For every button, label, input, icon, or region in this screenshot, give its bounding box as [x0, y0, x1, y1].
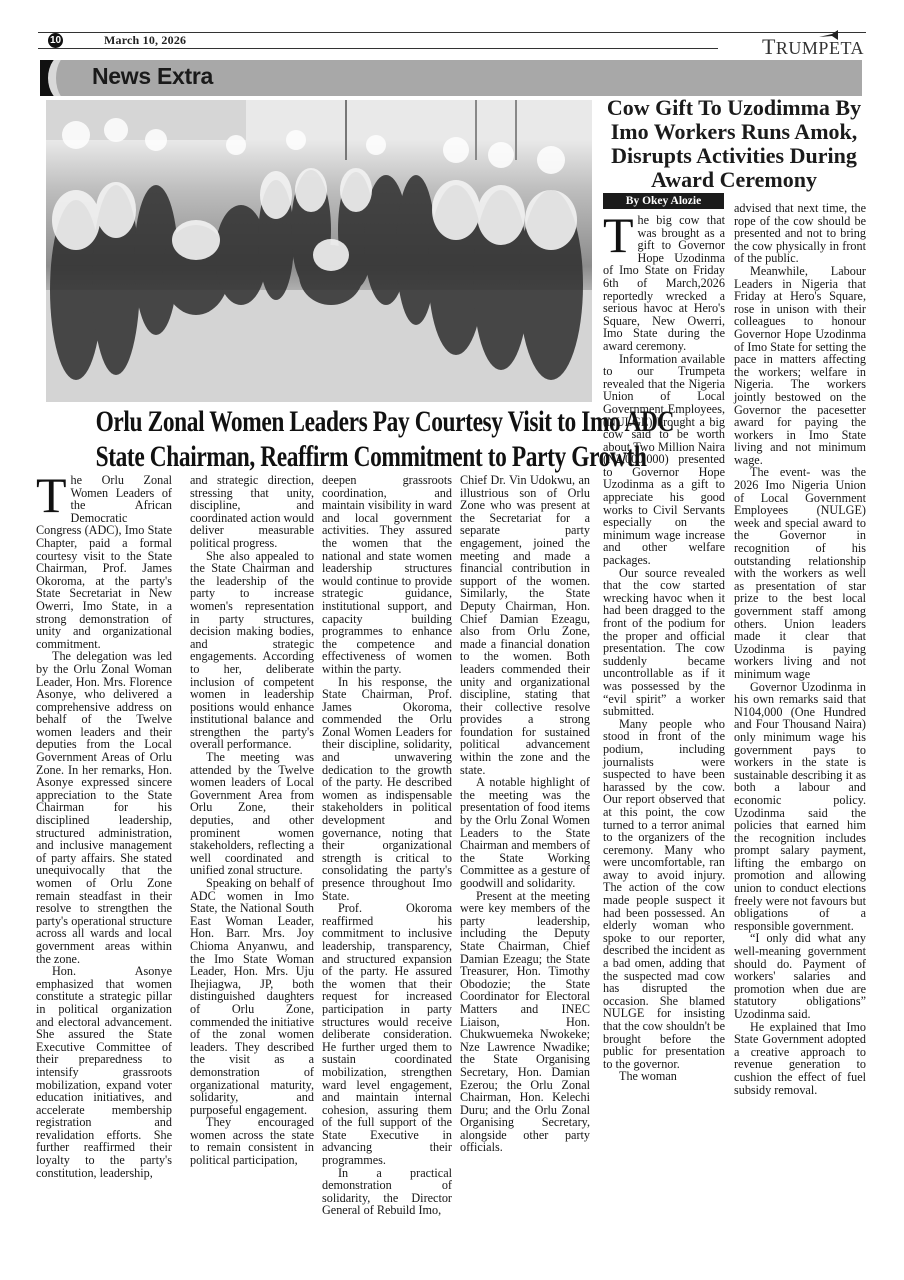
- paragraph: In a practical demonstration of solidari…: [322, 1167, 452, 1217]
- photo-icon: [46, 100, 592, 402]
- headline-line-1: Orlu Zonal Women Leaders Pay Courtesy Vi…: [96, 404, 533, 439]
- paragraph: Information available to our Trumpeta re…: [603, 353, 725, 567]
- drop-cap: T: [603, 215, 634, 255]
- article-photo: [46, 100, 592, 402]
- paragraph: A notable highlight of the meeting was t…: [460, 776, 590, 889]
- paragraph: The woman: [603, 1070, 725, 1083]
- paragraph: The delegation was led by the Orlu Zonal…: [36, 650, 172, 965]
- right-article-headline: Cow Gift To Uzodimma By Imo Workers Runs…: [598, 96, 870, 192]
- left-article-column-1: T he Orlu Zonal Women Leaders of the Afr…: [36, 474, 172, 1179]
- trumpet-icon: [818, 30, 840, 40]
- paragraph: They encouraged women across the state t…: [190, 1116, 314, 1166]
- publication-logo: TRUMPETA: [762, 34, 864, 60]
- paragraph: He explained that Imo State Government a…: [734, 1021, 866, 1097]
- paragraph: Many people who stood in front of the po…: [603, 718, 725, 1071]
- left-article-headline: Orlu Zonal Women Leaders Pay Courtesy Vi…: [96, 404, 533, 474]
- logo-initial: T: [762, 34, 776, 59]
- left-article-column-3: deepen grassroots coordination, and main…: [322, 474, 452, 1217]
- left-article-column-2: and strategic direction, stressing that …: [190, 474, 314, 1167]
- paragraph: and strategic direction, stressing that …: [190, 474, 314, 550]
- drop-cap: T: [36, 475, 67, 515]
- left-article-column-4: Chief Dr. Vin Udokwu, an illustrious son…: [460, 474, 590, 1154]
- section-banner: News Extra: [40, 60, 862, 96]
- headline-line-2: State Chairman, Reaffirm Commitment to P…: [96, 439, 533, 474]
- section-title: News Extra: [92, 63, 213, 90]
- masthead-bottom-rule: [38, 48, 718, 49]
- paragraph: Governor Uzodinma in his own remarks sai…: [734, 681, 866, 933]
- paragraph: Chief Dr. Vin Udokwu, an illustrious son…: [460, 474, 590, 776]
- paragraph: advised that next time, the rope of the …: [734, 202, 866, 265]
- masthead: 10 March 10, 2026 TRUMPETA: [38, 32, 866, 50]
- right-article-column-1: T he big cow that was brought as a gift …: [603, 214, 725, 1083]
- paragraph: The meeting was attended by the Twelve w…: [190, 751, 314, 877]
- paragraph: Prof. Okoroma reaffirmed his commitment …: [322, 902, 452, 1166]
- paragraph: Meanwhile, Labour Leaders in Nigeria tha…: [734, 265, 866, 467]
- paragraph: Speaking on behalf of ADC women in Imo S…: [190, 877, 314, 1116]
- paragraph: deepen grassroots coordination, and main…: [322, 474, 452, 676]
- paragraph: Our source revealed that the cow started…: [603, 567, 725, 718]
- paragraph: In his response, the State Chairman, Pro…: [322, 676, 452, 903]
- right-article-column-2: advised that next time, the rope of the …: [734, 202, 866, 1096]
- paragraph: The event- was the 2026 Imo Nigeria Unio…: [734, 466, 866, 680]
- banner-curve-mask: [56, 60, 90, 96]
- paragraph: Hon. Asonye emphasized that women consti…: [36, 965, 172, 1179]
- paragraph: “I only did what any well-meaning govern…: [734, 932, 866, 1020]
- paragraph: She also appealed to the State Chairman …: [190, 550, 314, 752]
- issue-date: March 10, 2026: [104, 33, 186, 48]
- paragraph: Present at the meeting were key members …: [460, 890, 590, 1154]
- logo-rest: RUMPETA: [776, 38, 864, 58]
- page-number: 10: [48, 33, 63, 48]
